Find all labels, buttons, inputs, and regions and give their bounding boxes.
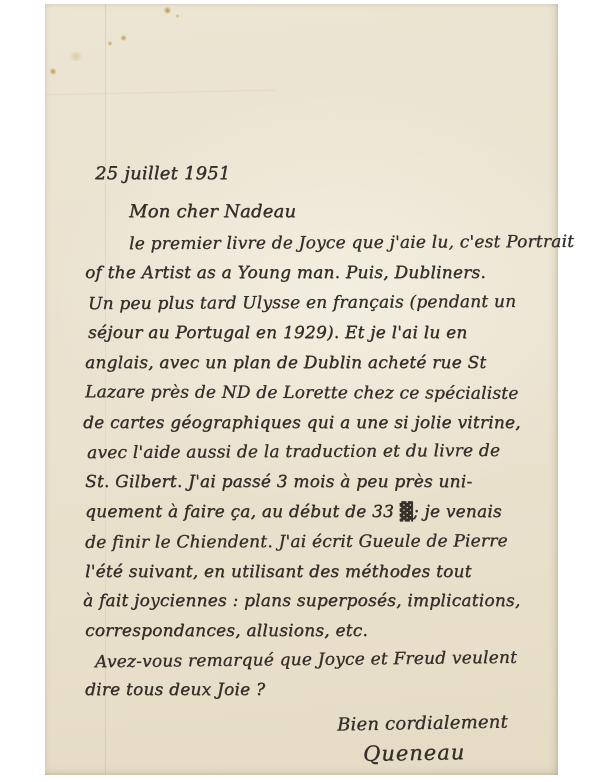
foxing-spot	[120, 35, 127, 41]
letter-closing: Bien cordialement	[337, 709, 508, 739]
letter-paper: 25 juillet 1951 Mon cher Nadeau le premi…	[45, 4, 558, 775]
scanned-letter: 25 juillet 1951 Mon cher Nadeau le premi…	[0, 0, 600, 782]
handwritten-line: le premier livre de Joyce que j'aie lu, …	[129, 229, 574, 258]
foxing-spot	[163, 7, 172, 14]
handwritten-line: Avez-vous remarqué que Joyce et Freud ve…	[95, 645, 517, 676]
handwritten-line: Un peu plus tard Ulysse en français (pen…	[88, 289, 516, 318]
handwritten-line: séjour au Portugal en 1929). Et je l'ai …	[88, 320, 467, 347]
handwritten-line: à fait joyciennes : plans superposés, im…	[83, 588, 520, 615]
handwritten-line: correspondances, allusions, etc.	[85, 618, 368, 645]
handwritten-line: anglais, avec un plan de Dublin acheté r…	[85, 350, 486, 377]
foxing-spot	[175, 14, 180, 18]
letter-signature: Queneau	[363, 739, 466, 768]
handwritten-line: St. Gilbert. J'ai passé 3 mois à peu prè…	[85, 469, 472, 496]
letter-salutation: Mon cher Nadeau	[129, 198, 296, 225]
handwritten-line: de finir le Chiendent. J'ai écrit Gueule…	[85, 528, 508, 556]
handwritten-line: quement à faire ça, au début de 33 ▓; je…	[85, 499, 502, 526]
handwritten-line: of the Artist as a Young man. Puis, Dubl…	[85, 260, 486, 287]
handwritten-line: de cartes géographiques qui a une si jol…	[83, 410, 521, 437]
foxing-smudge	[67, 52, 85, 61]
handwritten-line: avec l'aide aussi de la traduction et du…	[87, 438, 500, 467]
handwritten-line: dire tous deux Joie ?	[85, 677, 265, 704]
letter-date: 25 juillet 1951	[95, 160, 231, 187]
foxing-spot	[107, 41, 113, 46]
fold-crease-horizontal	[45, 90, 275, 96]
handwritten-line: l'été suivant, en utilisant des méthodes…	[85, 559, 472, 586]
foxing-spot	[49, 68, 57, 75]
handwritten-line: Lazare près de ND de Lorette chez ce spé…	[85, 379, 519, 408]
